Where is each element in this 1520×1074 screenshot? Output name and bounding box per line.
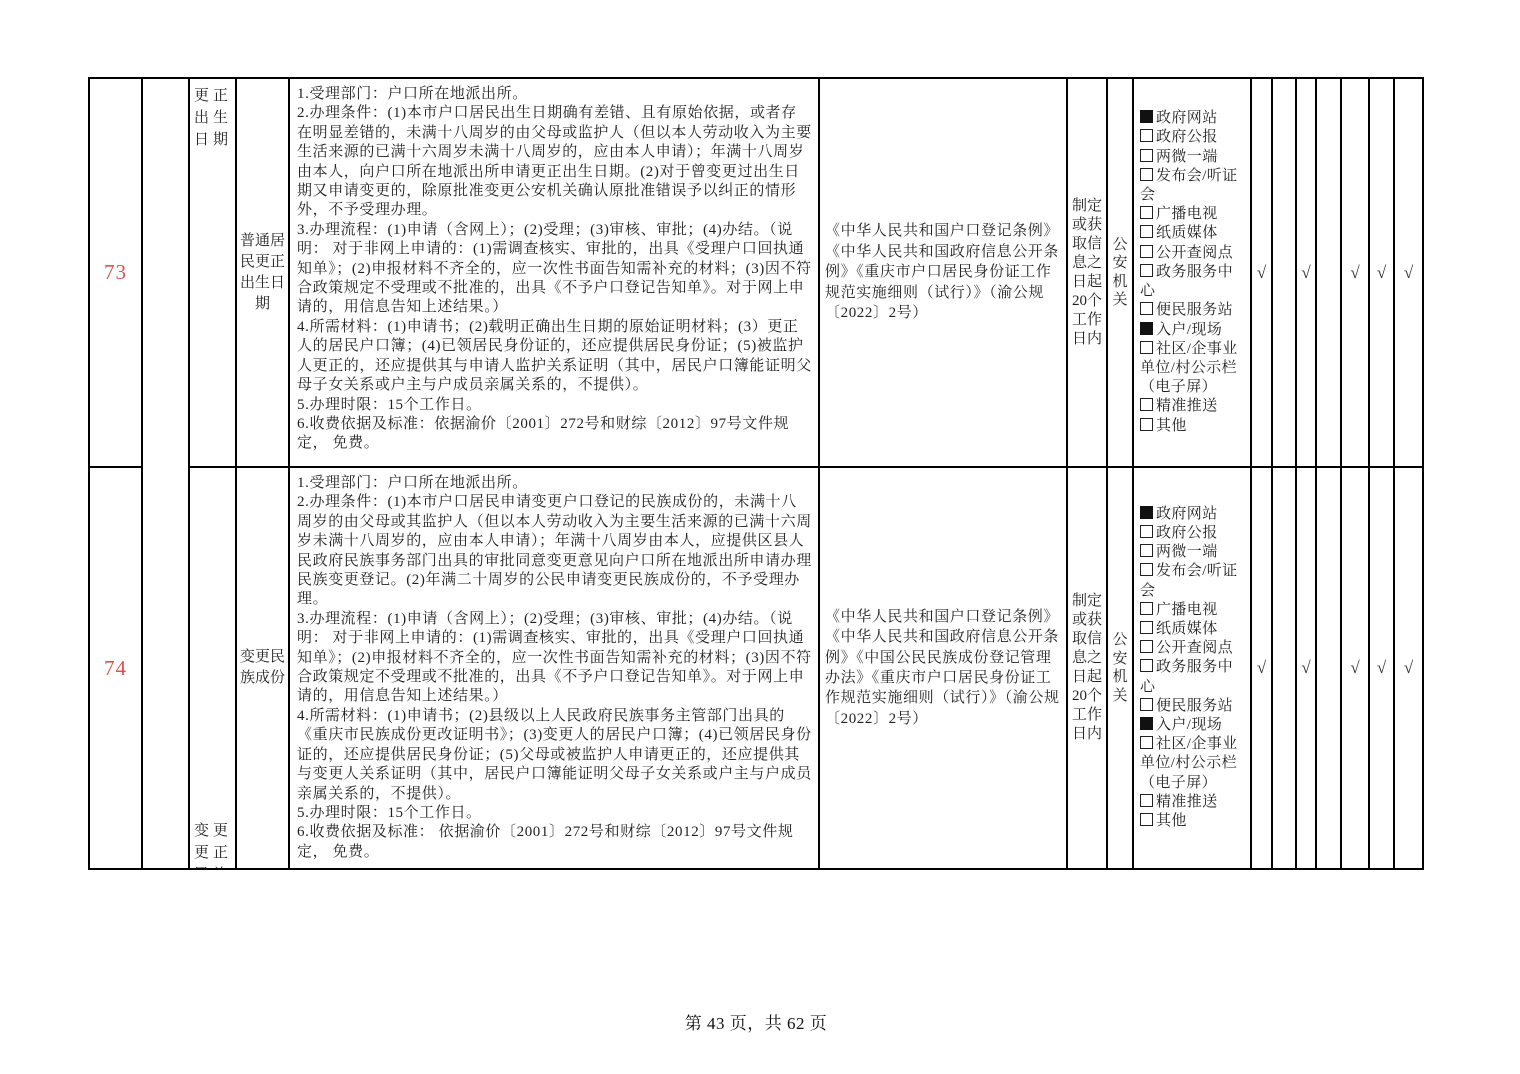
channel-item: 入户/现场 <box>1140 716 1248 735</box>
procedure-cell: 1.受理部门：户口所在地派出所。 2.办理条件：(1)本市户口居民出生日期确有差… <box>290 79 820 468</box>
checkbox-checked-icon <box>1140 110 1153 123</box>
channel-label: 发布会/听证会 <box>1140 168 1238 203</box>
legal-basis-text: 《中华人民共和国户口登记条例》《中华人民共和国政府信息公开条例》《中国公民民族成… <box>825 607 1061 729</box>
row-number: 73 <box>104 260 127 285</box>
publish-time-text: 制定或获取信息之日起20个工作日内 <box>1070 592 1104 744</box>
publish-time-cell: 制定或获取信息之日起20个工作日内 <box>1068 79 1108 468</box>
channel-item: 纸质媒体 <box>1140 620 1248 639</box>
channel-label: 精准推送 <box>1156 398 1218 414</box>
checkbox-unchecked-icon <box>1140 206 1153 219</box>
check-mark: √ <box>1350 263 1359 283</box>
page-footer: 第 43 页，共 62 页 <box>88 1009 1424 1034</box>
channel-label: 政府网站 <box>1156 110 1218 126</box>
channel-item: 精准推送 <box>1140 793 1248 812</box>
channel-label: 政务服务中心 <box>1140 659 1233 694</box>
checkbox-unchecked-icon <box>1140 602 1153 615</box>
check-mark: √ <box>1404 263 1413 283</box>
agency-cell: 公安机关 <box>1108 79 1134 468</box>
channels-cell: 政府网站政府公报两微一端发布会/听证会广播电视纸质媒体公开查阅点政务服务中心便民… <box>1134 468 1252 868</box>
checkbox-unchecked-icon <box>1140 341 1153 354</box>
mark-cell <box>1317 468 1342 868</box>
procedure-item: 1.受理部门：户口所在地派出所。 <box>297 474 812 493</box>
procedure-item: 4.所需材料：(1)申请书；(2)载明正确出生日期的原始证明材料；(3）更正人的… <box>297 318 812 396</box>
channel-item: 发布会/听证会 <box>1140 562 1248 600</box>
channel-label: 其他 <box>1156 813 1187 829</box>
mark-cell: √ <box>1342 79 1370 468</box>
channel-item: 两微一端 <box>1140 543 1248 562</box>
item-name: 普通居民更正出生日期 <box>240 231 285 315</box>
channel-label: 社区/企事业单位/村公示栏（电子屏） <box>1140 341 1238 395</box>
channel-item: 社区/企事业单位/村公示栏（电子屏） <box>1140 340 1248 398</box>
channel-item: 政府网站 <box>1140 505 1248 524</box>
check-mark: √ <box>1377 658 1386 678</box>
publish-time-cell: 制定或获取信息之日起20个工作日内 <box>1068 468 1108 868</box>
channel-item: 其他 <box>1140 417 1248 436</box>
mark-cell: √ <box>1252 468 1273 868</box>
mark-cell: √ <box>1252 79 1273 468</box>
checkbox-unchecked-icon <box>1140 302 1153 315</box>
checkbox-unchecked-icon <box>1140 813 1153 826</box>
agency-text: 公安机关 <box>1108 236 1132 310</box>
channel-item: 其他 <box>1140 812 1248 831</box>
channel-item: 政府网站 <box>1140 109 1248 128</box>
row-number-cell: 74 <box>90 468 143 868</box>
channel-label: 入户/现场 <box>1156 717 1222 733</box>
checkbox-unchecked-icon <box>1140 398 1153 411</box>
checkbox-unchecked-icon <box>1140 149 1153 162</box>
check-mark: √ <box>1301 658 1310 678</box>
mark-cell: √ <box>1370 79 1395 468</box>
channel-label: 便民服务站 <box>1156 698 1233 714</box>
checkbox-unchecked-icon <box>1140 563 1153 576</box>
channel-item: 公开查阅点 <box>1140 244 1248 263</box>
group-label: 更正出生日期 <box>194 88 232 148</box>
check-mark: √ <box>1350 658 1359 678</box>
mark-cell <box>1273 79 1297 468</box>
check-mark: √ <box>1301 263 1310 283</box>
mark-cell: √ <box>1297 79 1317 468</box>
group-label-cell: 变更更正民族成份 <box>190 468 237 868</box>
procedure-item: 6.收费依据及标准：依据渝价〔2001〕272号和财综〔2012〕97号文件规定… <box>297 415 812 454</box>
channel-item: 精准推送 <box>1140 397 1248 416</box>
channel-item: 入户/现场 <box>1140 321 1248 340</box>
channel-label: 政府公报 <box>1156 129 1218 145</box>
legal-basis-text: 《中华人民共和国户口登记条例》《中华人民共和国政府信息公开条例》《重庆市户口居民… <box>825 221 1061 323</box>
check-mark: √ <box>1257 658 1266 678</box>
procedure-item: 2.办理条件：(1)本市户口居民申请变更户口登记的民族成份的，未满十八周岁的由父… <box>297 493 812 609</box>
checkbox-unchecked-icon <box>1140 794 1153 807</box>
channel-label: 入户/现场 <box>1156 322 1222 338</box>
procedure-item: 6.收费依据及标准： 依据渝价〔2001〕272号和财综〔2012〕97号文件规… <box>297 823 812 862</box>
legal-basis-cell: 《中华人民共和国户口登记条例》《中华人民共和国政府信息公开条例》《重庆市户口居民… <box>820 79 1068 468</box>
procedure-item: 1.受理部门：户口所在地派出所。 <box>297 85 812 104</box>
channel-item: 两微一端 <box>1140 148 1248 167</box>
agency-cell: 公安机关 <box>1108 468 1134 868</box>
mark-cell: √ <box>1395 468 1422 868</box>
procedure-item: 2.办理条件：(1)本市户口居民出生日期确有差错、且有原始依据，或者存在明显差错… <box>297 104 812 220</box>
legal-basis-cell: 《中华人民共和国户口登记条例》《中华人民共和国政府信息公开条例》《中国公民民族成… <box>820 468 1068 868</box>
procedure-item: 5.办理时限：15个工作日。 <box>297 804 812 823</box>
channel-label: 发布会/听证会 <box>1140 563 1238 598</box>
row-number-cell: 73 <box>90 79 143 468</box>
checkbox-unchecked-icon <box>1140 129 1153 142</box>
procedure-cell: 1.受理部门：户口所在地派出所。 2.办理条件：(1)本市户口居民申请变更户口登… <box>290 468 820 868</box>
checkbox-unchecked-icon <box>1140 659 1153 672</box>
channel-item: 纸质媒体 <box>1140 224 1248 243</box>
channel-label: 精准推送 <box>1156 794 1218 810</box>
check-mark: √ <box>1377 263 1386 283</box>
channel-item: 便民服务站 <box>1140 301 1248 320</box>
check-mark: √ <box>1257 263 1266 283</box>
checkbox-unchecked-icon <box>1140 245 1153 258</box>
publish-time-text: 制定或获取信息之日起20个工作日内 <box>1070 197 1104 349</box>
checkbox-unchecked-icon <box>1140 544 1153 557</box>
channel-item: 便民服务站 <box>1140 697 1248 716</box>
channel-item: 政府公报 <box>1140 524 1248 543</box>
channel-label: 政府网站 <box>1156 506 1218 522</box>
channel-label: 两微一端 <box>1156 544 1218 560</box>
channels-cell: 政府网站政府公报两微一端发布会/听证会广播电视纸质媒体公开查阅点政务服务中心便民… <box>1134 79 1252 468</box>
services-table: 73 更正出生日期 普通居民更正出生日期 1.受理部门：户口所在地派出所。 2.… <box>88 77 1424 870</box>
group-label: 变更更正民族成份 <box>194 820 235 868</box>
checkbox-unchecked-icon <box>1140 264 1153 277</box>
channel-label: 政府公报 <box>1156 525 1218 541</box>
channel-label: 纸质媒体 <box>1156 225 1218 241</box>
checkbox-checked-icon <box>1140 717 1153 730</box>
channel-label: 广播电视 <box>1156 206 1218 222</box>
procedure-item: 3.办理流程：(1)申请（含网上）；(2)受理；(3)审核、审批；(4)办结。（… <box>297 610 812 707</box>
channel-label: 公开查阅点 <box>1156 245 1233 261</box>
mark-cell: √ <box>1342 468 1370 868</box>
channel-item: 广播电视 <box>1140 601 1248 620</box>
channel-label: 纸质媒体 <box>1156 621 1218 637</box>
channel-item: 发布会/听证会 <box>1140 167 1248 205</box>
item-name-cell: 普通居民更正出生日期 <box>237 79 290 468</box>
check-mark: √ <box>1404 658 1413 678</box>
checkbox-unchecked-icon <box>1140 225 1153 238</box>
channel-item: 政务服务中心 <box>1140 658 1248 696</box>
mark-cell <box>1273 468 1297 868</box>
mark-cell: √ <box>1370 468 1395 868</box>
channel-label: 公开查阅点 <box>1156 640 1233 656</box>
channel-label: 便民服务站 <box>1156 302 1233 318</box>
procedure-item: 4.所需材料：(1)申请书；(2)县级以上人民政府民族事务主管部门出具的《重庆市… <box>297 707 812 804</box>
procedure-item: 3.办理流程：(1)申请（含网上）；(2)受理；(3)审核、审批；(4)办结。（… <box>297 221 812 318</box>
item-name: 变更民族成份 <box>240 647 285 689</box>
channel-label: 政务服务中心 <box>1140 264 1233 299</box>
category-cell <box>143 79 190 868</box>
checkbox-unchecked-icon <box>1140 640 1153 653</box>
mark-cell: √ <box>1395 79 1422 468</box>
channel-label: 社区/企事业单位/村公示栏（电子屏） <box>1140 736 1238 790</box>
channel-label: 两微一端 <box>1156 149 1218 165</box>
checkbox-unchecked-icon <box>1140 621 1153 634</box>
checkbox-unchecked-icon <box>1140 736 1153 749</box>
channel-item: 政府公报 <box>1140 128 1248 147</box>
channel-item: 社区/企事业单位/村公示栏（电子屏） <box>1140 735 1248 793</box>
item-name-cell: 变更民族成份 <box>237 468 290 868</box>
group-label-cell: 更正出生日期 <box>190 79 237 468</box>
checkbox-unchecked-icon <box>1140 525 1153 538</box>
checkbox-checked-icon <box>1140 506 1153 519</box>
agency-text: 公安机关 <box>1108 631 1132 705</box>
channel-item: 政务服务中心 <box>1140 263 1248 301</box>
mark-cell: √ <box>1297 468 1317 868</box>
procedure-item: 5.办理时限：15个工作日。 <box>297 396 812 415</box>
checkbox-unchecked-icon <box>1140 168 1153 181</box>
checkbox-unchecked-icon <box>1140 698 1153 711</box>
row-number: 74 <box>104 656 127 681</box>
channel-item: 广播电视 <box>1140 205 1248 224</box>
checkbox-unchecked-icon <box>1140 418 1153 431</box>
channel-label: 广播电视 <box>1156 602 1218 618</box>
checkbox-checked-icon <box>1140 322 1153 335</box>
channel-label: 其他 <box>1156 418 1187 434</box>
mark-cell <box>1317 79 1342 468</box>
channel-item: 公开查阅点 <box>1140 639 1248 658</box>
